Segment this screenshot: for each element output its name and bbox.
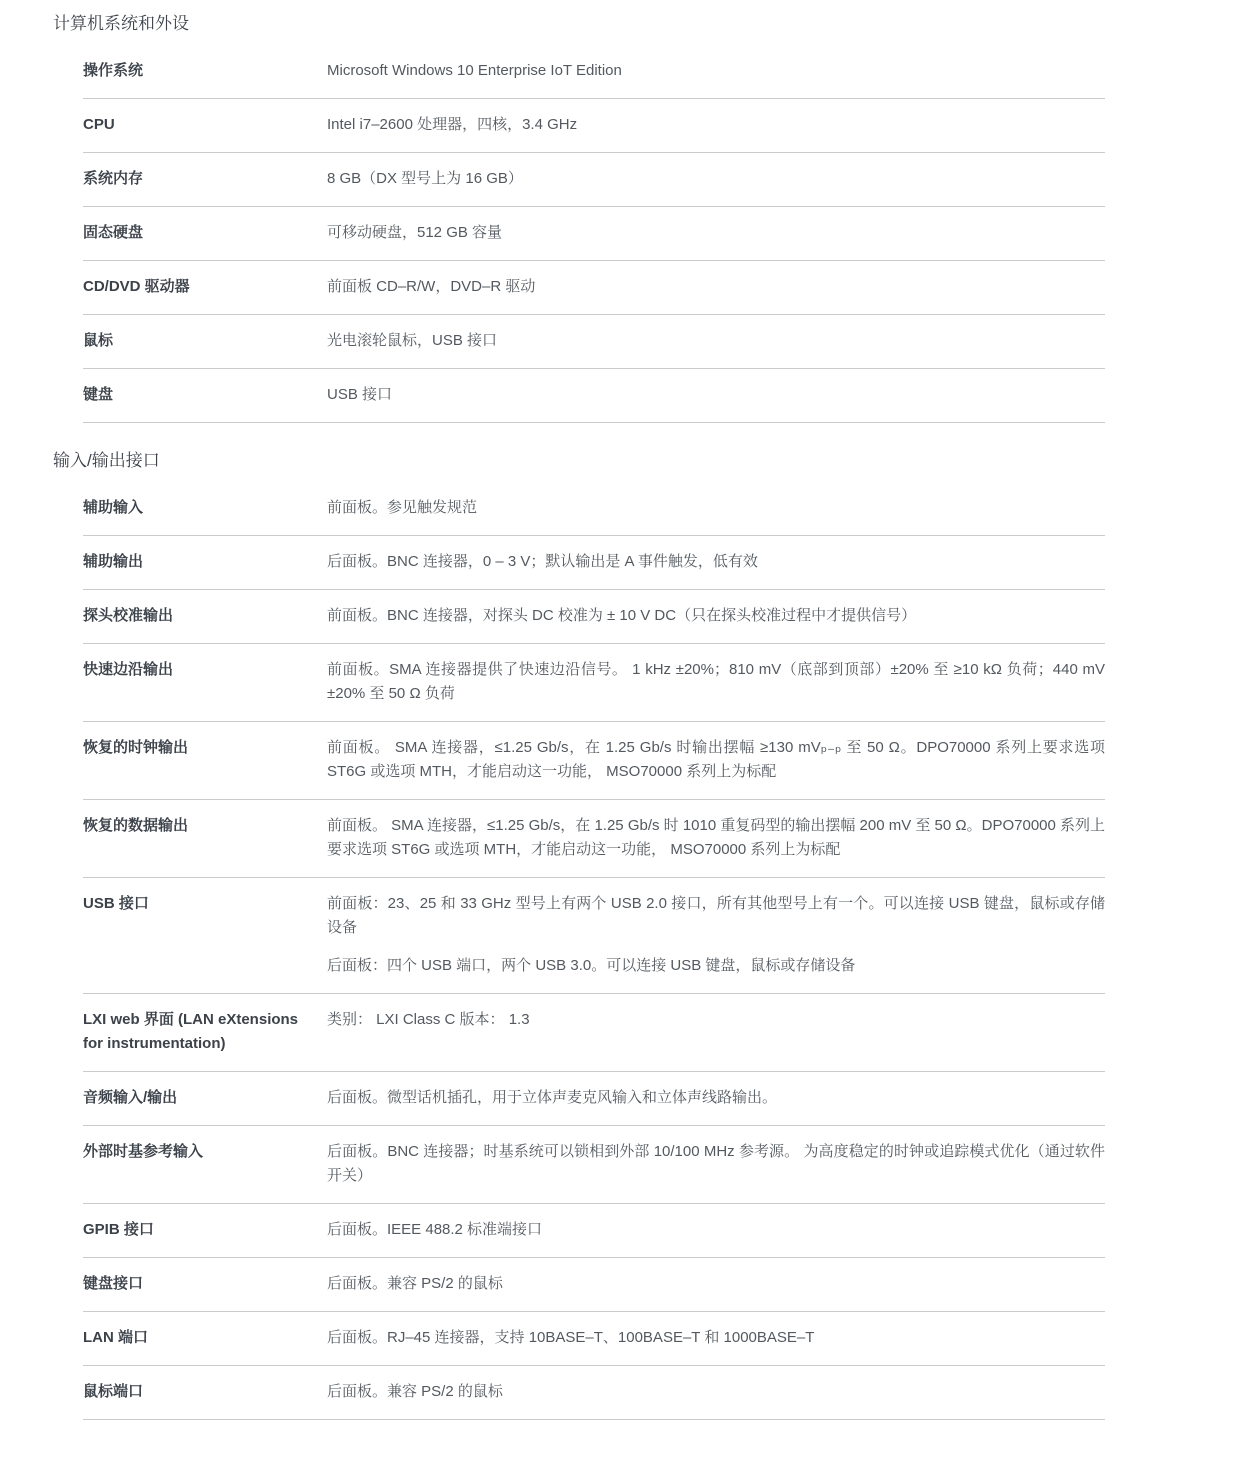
spec-value: 后面板。BNC 连接器，0 – 3 V；默认输出是 A 事件触发，低有效: [327, 550, 1105, 574]
spec-value-paragraph: 前面板。SMA 连接器提供了快速边沿信号。 1 kHz ±20%；810 mV（…: [327, 658, 1105, 706]
spec-value-paragraph: 后面板。RJ–45 连接器，支持 10BASE–T、100BASE–T 和 10…: [327, 1326, 1105, 1350]
spec-row: 辅助输出后面板。BNC 连接器，0 – 3 V；默认输出是 A 事件触发，低有效: [83, 536, 1105, 590]
spec-row: 键盘接口后面板。兼容 PS/2 的鼠标: [83, 1258, 1105, 1312]
spec-value-paragraph: 前面板。BNC 连接器，对探头 DC 校准为 ± 10 V DC（只在探头校准过…: [327, 604, 1105, 628]
section-io-interfaces: 输入/输出接口 辅助输入前面板。参见触发规范辅助输出后面板。BNC 连接器，0 …: [53, 449, 1249, 1420]
spec-value: 光电滚轮鼠标，USB 接口: [327, 329, 1105, 353]
spec-value-paragraph: 类别： LXI Class C 版本： 1.3: [327, 1008, 1105, 1032]
spec-label: 探头校准输出: [83, 604, 327, 628]
spec-value: 前面板。参见触发规范: [327, 496, 1105, 520]
spec-value: 前面板。BNC 连接器，对探头 DC 校准为 ± 10 V DC（只在探头校准过…: [327, 604, 1105, 628]
spec-label: 键盘接口: [83, 1272, 327, 1296]
spec-row: 探头校准输出前面板。BNC 连接器，对探头 DC 校准为 ± 10 V DC（只…: [83, 590, 1105, 644]
spec-value-paragraph: 后面板。IEEE 488.2 标准端接口: [327, 1218, 1105, 1242]
spec-value-paragraph: 前面板。参见触发规范: [327, 496, 1105, 520]
spec-value: 前面板。SMA 连接器提供了快速边沿信号。 1 kHz ±20%；810 mV（…: [327, 658, 1105, 706]
spec-value: 后面板。IEEE 488.2 标准端接口: [327, 1218, 1105, 1242]
spec-row: 音频输入/输出后面板。微型话机插孔，用于立体声麦克风输入和立体声线路输出。: [83, 1072, 1105, 1126]
spec-label: 辅助输入: [83, 496, 327, 520]
spec-label: LXI web 界面 (LAN eXtensions for instrumen…: [83, 1008, 327, 1056]
spec-row: CD/DVD 驱动器前面板 CD–R/W，DVD–R 驱动: [83, 261, 1105, 315]
spec-label: GPIB 接口: [83, 1218, 327, 1242]
spec-value-paragraph: 可移动硬盘，512 GB 容量: [327, 221, 1105, 245]
spec-label: 快速边沿输出: [83, 658, 327, 682]
spec-row: 固态硬盘可移动硬盘，512 GB 容量: [83, 207, 1105, 261]
section-title: 输入/输出接口: [53, 449, 1249, 473]
spec-value-paragraph: 8 GB（DX 型号上为 16 GB）: [327, 167, 1105, 191]
spec-row: 外部时基参考输入后面板。BNC 连接器；时基系统可以锁相到外部 10/100 M…: [83, 1126, 1105, 1204]
spec-row: 鼠标光电滚轮鼠标，USB 接口: [83, 315, 1105, 369]
spec-value-paragraph: 后面板。BNC 连接器；时基系统可以锁相到外部 10/100 MHz 参考源。 …: [327, 1140, 1105, 1188]
spec-value-paragraph: USB 接口: [327, 383, 1105, 407]
spec-value-paragraph: 前面板。 SMA 连接器，≤1.25 Gb/s，在 1.25 Gb/s 时输出摆…: [327, 736, 1105, 784]
spec-value: 类别： LXI Class C 版本： 1.3: [327, 1008, 1105, 1032]
section-rows: 操作系统Microsoft Windows 10 Enterprise IoT …: [83, 45, 1105, 423]
spec-row: CPUIntel i7–2600 处理器，四核，3.4 GHz: [83, 99, 1105, 153]
section-computer-system: 计算机系统和外设 操作系统Microsoft Windows 10 Enterp…: [53, 12, 1249, 423]
spec-row: 恢复的时钟输出前面板。 SMA 连接器，≤1.25 Gb/s，在 1.25 Gb…: [83, 722, 1105, 800]
spec-page: 计算机系统和外设 操作系统Microsoft Windows 10 Enterp…: [0, 0, 1249, 1450]
spec-label: 恢复的数据输出: [83, 814, 327, 838]
spec-value: 前面板。 SMA 连接器，≤1.25 Gb/s，在 1.25 Gb/s 时 10…: [327, 814, 1105, 862]
spec-label: 音频输入/输出: [83, 1086, 327, 1110]
spec-label: 鼠标: [83, 329, 327, 353]
spec-row: 鼠标端口后面板。兼容 PS/2 的鼠标: [83, 1366, 1105, 1420]
spec-value-paragraph: 后面板。兼容 PS/2 的鼠标: [327, 1272, 1105, 1296]
spec-row: GPIB 接口后面板。IEEE 488.2 标准端接口: [83, 1204, 1105, 1258]
section-title: 计算机系统和外设: [53, 12, 1249, 36]
spec-label: CPU: [83, 113, 327, 137]
spec-value-paragraph: Intel i7–2600 处理器，四核，3.4 GHz: [327, 113, 1105, 137]
spec-label: 系统内存: [83, 167, 327, 191]
spec-value-paragraph: 前面板。 SMA 连接器，≤1.25 Gb/s，在 1.25 Gb/s 时 10…: [327, 814, 1105, 862]
spec-label: LAN 端口: [83, 1326, 327, 1350]
spec-row: LXI web 界面 (LAN eXtensions for instrumen…: [83, 994, 1105, 1072]
spec-value: 后面板。微型话机插孔，用于立体声麦克风输入和立体声线路输出。: [327, 1086, 1105, 1110]
spec-label: 键盘: [83, 383, 327, 407]
spec-row: 辅助输入前面板。参见触发规范: [83, 482, 1105, 536]
spec-value: 前面板。 SMA 连接器，≤1.25 Gb/s，在 1.25 Gb/s 时输出摆…: [327, 736, 1105, 784]
spec-row: 恢复的数据输出前面板。 SMA 连接器，≤1.25 Gb/s，在 1.25 Gb…: [83, 800, 1105, 878]
spec-value-paragraph: 后面板。兼容 PS/2 的鼠标: [327, 1380, 1105, 1404]
spec-row: USB 接口前面板：23、25 和 33 GHz 型号上有两个 USB 2.0 …: [83, 878, 1105, 994]
spec-value-paragraph: 后面板：四个 USB 端口，两个 USB 3.0。可以连接 USB 键盘，鼠标或…: [327, 954, 1105, 978]
spec-label: 鼠标端口: [83, 1380, 327, 1404]
section-rows: 辅助输入前面板。参见触发规范辅助输出后面板。BNC 连接器，0 – 3 V；默认…: [83, 482, 1105, 1420]
spec-value-paragraph: 前面板：23、25 和 33 GHz 型号上有两个 USB 2.0 接口，所有其…: [327, 892, 1105, 940]
spec-row: 操作系统Microsoft Windows 10 Enterprise IoT …: [83, 45, 1105, 99]
spec-label: 外部时基参考输入: [83, 1140, 327, 1164]
spec-label: 操作系统: [83, 59, 327, 83]
spec-value: 后面板。兼容 PS/2 的鼠标: [327, 1272, 1105, 1296]
spec-value-paragraph: 后面板。微型话机插孔，用于立体声麦克风输入和立体声线路输出。: [327, 1086, 1105, 1110]
spec-value-paragraph: Microsoft Windows 10 Enterprise IoT Edit…: [327, 59, 1105, 83]
spec-value: 8 GB（DX 型号上为 16 GB）: [327, 167, 1105, 191]
spec-value-paragraph: 光电滚轮鼠标，USB 接口: [327, 329, 1105, 353]
spec-label: 辅助输出: [83, 550, 327, 574]
spec-row: LAN 端口后面板。RJ–45 连接器，支持 10BASE–T、100BASE–…: [83, 1312, 1105, 1366]
spec-row: 键盘USB 接口: [83, 369, 1105, 423]
spec-value: USB 接口: [327, 383, 1105, 407]
spec-value-paragraph: 后面板。BNC 连接器，0 – 3 V；默认输出是 A 事件触发，低有效: [327, 550, 1105, 574]
spec-label: 固态硬盘: [83, 221, 327, 245]
spec-value-paragraph: 前面板 CD–R/W，DVD–R 驱动: [327, 275, 1105, 299]
spec-value: 前面板 CD–R/W，DVD–R 驱动: [327, 275, 1105, 299]
spec-value: Microsoft Windows 10 Enterprise IoT Edit…: [327, 59, 1105, 83]
spec-value: 后面板。BNC 连接器；时基系统可以锁相到外部 10/100 MHz 参考源。 …: [327, 1140, 1105, 1188]
spec-value: 前面板：23、25 和 33 GHz 型号上有两个 USB 2.0 接口，所有其…: [327, 892, 1105, 978]
spec-value: 后面板。兼容 PS/2 的鼠标: [327, 1380, 1105, 1404]
spec-row: 系统内存8 GB（DX 型号上为 16 GB）: [83, 153, 1105, 207]
spec-label: 恢复的时钟输出: [83, 736, 327, 760]
spec-value: 可移动硬盘，512 GB 容量: [327, 221, 1105, 245]
spec-value: 后面板。RJ–45 连接器，支持 10BASE–T、100BASE–T 和 10…: [327, 1326, 1105, 1350]
spec-label: USB 接口: [83, 892, 327, 916]
spec-label: CD/DVD 驱动器: [83, 275, 327, 299]
spec-row: 快速边沿输出前面板。SMA 连接器提供了快速边沿信号。 1 kHz ±20%；8…: [83, 644, 1105, 722]
spec-value: Intel i7–2600 处理器，四核，3.4 GHz: [327, 113, 1105, 137]
